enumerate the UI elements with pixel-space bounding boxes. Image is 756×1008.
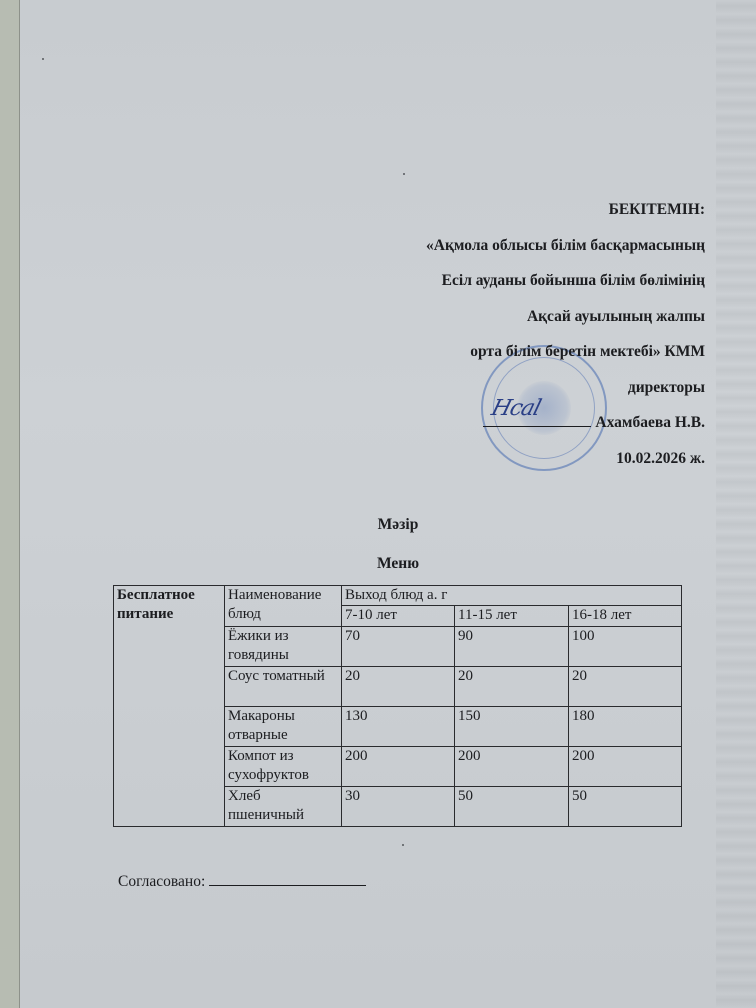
dish-cell: Макароны отварные bbox=[225, 707, 342, 747]
value-cell: 90 bbox=[455, 627, 569, 667]
dish-name-header: Наименование блюд bbox=[225, 586, 342, 627]
approval-date: 10.02.2026 ж. bbox=[426, 441, 705, 477]
value-cell: 180 bbox=[569, 707, 682, 747]
value-cell: 20 bbox=[455, 667, 569, 707]
approval-line: «Ақмола облысы білім басқармасының bbox=[426, 228, 705, 264]
dish-cell: Ёжики из говядины bbox=[225, 627, 342, 667]
value-cell: 200 bbox=[455, 747, 569, 787]
table-header-row: Бесплатное питание Наименование блюд Вых… bbox=[114, 586, 682, 606]
signatory-name: Ахамбаева Н.В. bbox=[595, 414, 705, 431]
menu-table: Бесплатное питание Наименование блюд Вых… bbox=[113, 585, 682, 827]
dish-cell: Соус томатный bbox=[225, 667, 342, 707]
title-kazakh: Мәзір bbox=[0, 516, 756, 534]
signatory-line: Ахамбаева Н.В. bbox=[426, 405, 705, 441]
value-cell: 50 bbox=[455, 787, 569, 827]
approval-line: директоры bbox=[426, 370, 705, 406]
age-group-header: 7-10 лет bbox=[342, 606, 455, 627]
approval-block: БЕКІТЕМІН: «Ақмола облысы білім басқарма… bbox=[426, 192, 705, 476]
approval-line: орта білім беретін мектебі» КММ bbox=[426, 334, 705, 370]
paper-speck bbox=[403, 173, 405, 175]
agreed-label: Согласовано: bbox=[118, 873, 205, 890]
agreed-section: Согласовано: bbox=[118, 871, 366, 891]
agreed-signature-line bbox=[209, 871, 366, 886]
value-cell: 200 bbox=[342, 747, 455, 787]
paper-speck bbox=[42, 58, 44, 60]
approval-line: Ақсай ауылының жалпы bbox=[426, 299, 705, 335]
dish-cell: Хлеб пшеничный bbox=[225, 787, 342, 827]
value-cell: 20 bbox=[342, 667, 455, 707]
dish-cell: Компот из сухофруктов bbox=[225, 747, 342, 787]
approval-heading: БЕКІТЕМІН: bbox=[426, 192, 705, 228]
signature-line bbox=[483, 412, 591, 427]
value-cell: 100 bbox=[569, 627, 682, 667]
title-russian: Меню bbox=[0, 555, 756, 573]
value-cell: 150 bbox=[455, 707, 569, 747]
output-header: Выход блюд а. г bbox=[342, 586, 682, 606]
age-group-header: 11-15 лет bbox=[455, 606, 569, 627]
value-cell: 200 bbox=[569, 747, 682, 787]
paper-speck bbox=[402, 844, 404, 846]
value-cell: 30 bbox=[342, 787, 455, 827]
value-cell: 20 bbox=[569, 667, 682, 707]
approval-line: Есіл ауданы бойынша білім бөлімінің bbox=[426, 263, 705, 299]
value-cell: 70 bbox=[342, 627, 455, 667]
document-page bbox=[20, 0, 756, 1008]
category-cell: Бесплатное питание bbox=[114, 586, 225, 827]
value-cell: 130 bbox=[342, 707, 455, 747]
value-cell: 50 bbox=[569, 787, 682, 827]
age-group-header: 16-18 лет bbox=[569, 606, 682, 627]
